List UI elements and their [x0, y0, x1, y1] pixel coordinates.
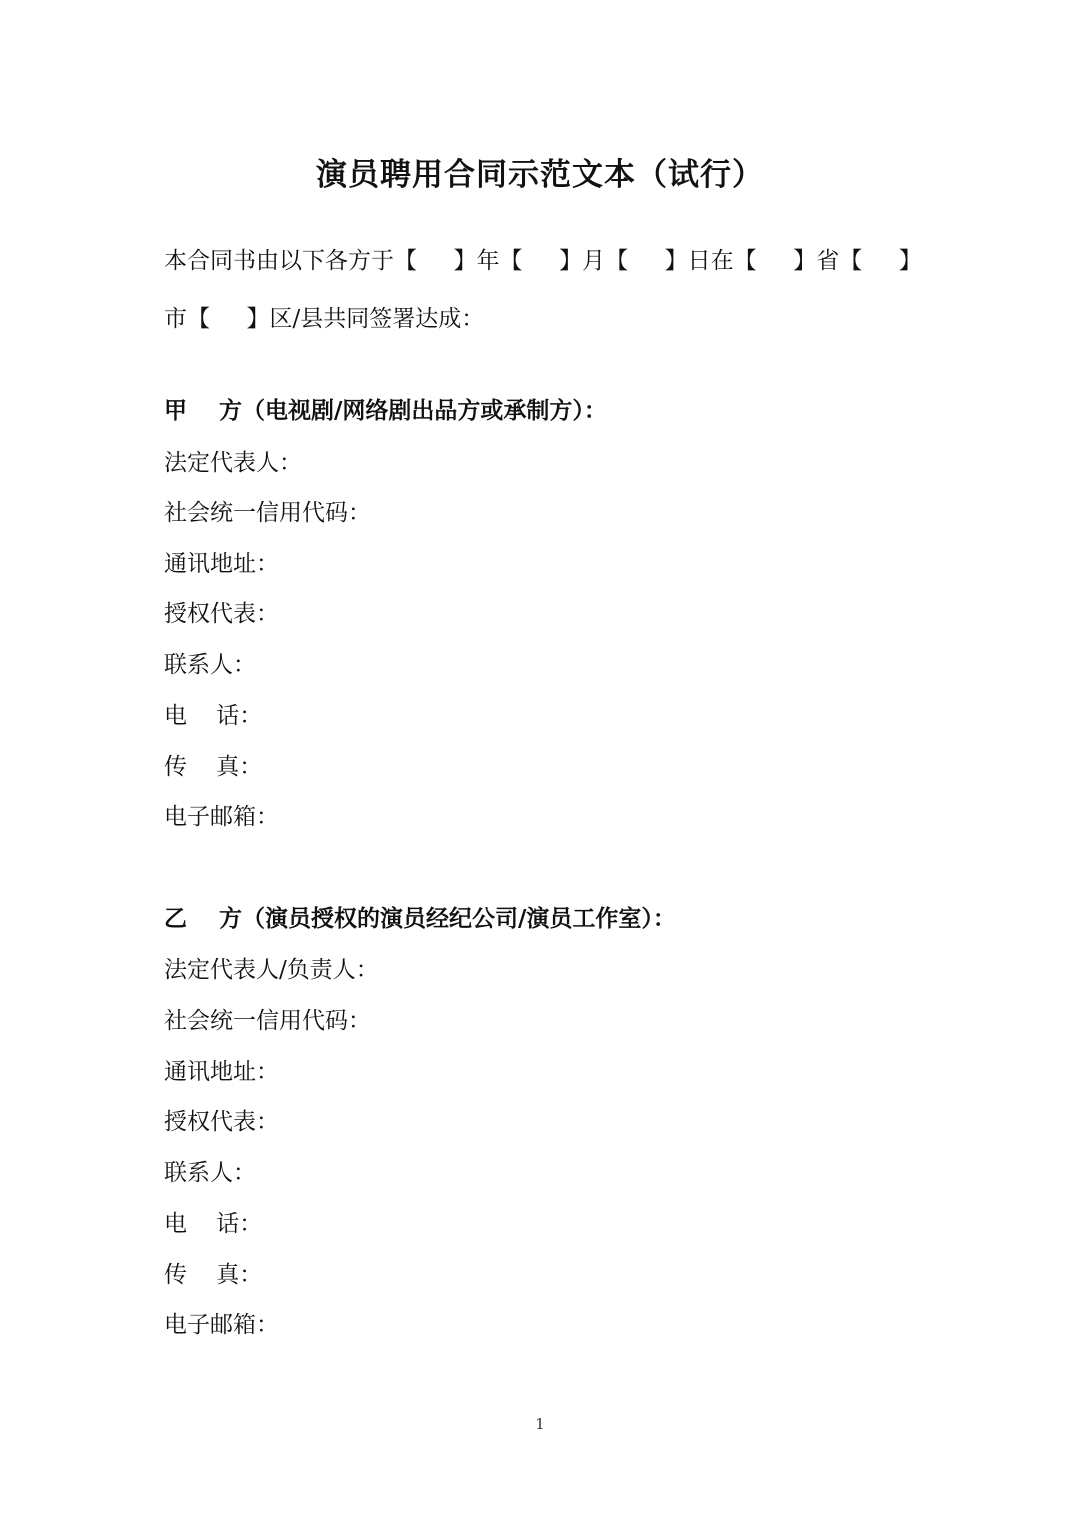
intro-line-2: 市【 】区/县共同签署达成：	[164, 304, 484, 334]
party-a-field-address: 通讯地址：	[164, 549, 279, 579]
party-a-heading: 甲 方（电视剧/网络剧出品方或承制方）：	[164, 396, 607, 426]
intro-line-1: 本合同书由以下各方于【 】年【 】月【 】日在【 】省【 】	[164, 246, 922, 276]
party-b-field-contact: 联系人：	[164, 1158, 256, 1188]
party-a-field-phone: 电 话：	[164, 701, 262, 731]
party-b-field-email: 电子邮箱：	[164, 1310, 279, 1340]
party-b-field-authorized-rep: 授权代表：	[164, 1107, 279, 1137]
document-page: 演员聘用合同示范文本（试行） 本合同书由以下各方于【 】年【 】月【 】日在【 …	[0, 0, 1080, 1527]
party-a-field-fax: 传 真：	[164, 752, 262, 782]
page-number: 1	[0, 1415, 1080, 1433]
party-a-field-contact: 联系人：	[164, 650, 256, 680]
party-b-field-address: 通讯地址：	[164, 1057, 279, 1087]
party-b-field-phone: 电 话：	[164, 1209, 262, 1239]
party-a-field-authorized-rep: 授权代表：	[164, 599, 279, 629]
party-b-heading: 乙 方（演员授权的演员经纪公司/演员工作室）：	[164, 904, 676, 934]
party-b-field-legal-rep: 法定代表人/负责人：	[164, 955, 379, 985]
party-b-field-fax: 传 真：	[164, 1260, 262, 1290]
party-b-field-credit-code: 社会统一信用代码：	[164, 1006, 371, 1036]
party-a-field-credit-code: 社会统一信用代码：	[164, 498, 371, 528]
party-a-field-email: 电子邮箱：	[164, 802, 279, 832]
document-title: 演员聘用合同示范文本（试行）	[0, 150, 1080, 200]
party-a-field-legal-rep: 法定代表人：	[164, 448, 302, 478]
